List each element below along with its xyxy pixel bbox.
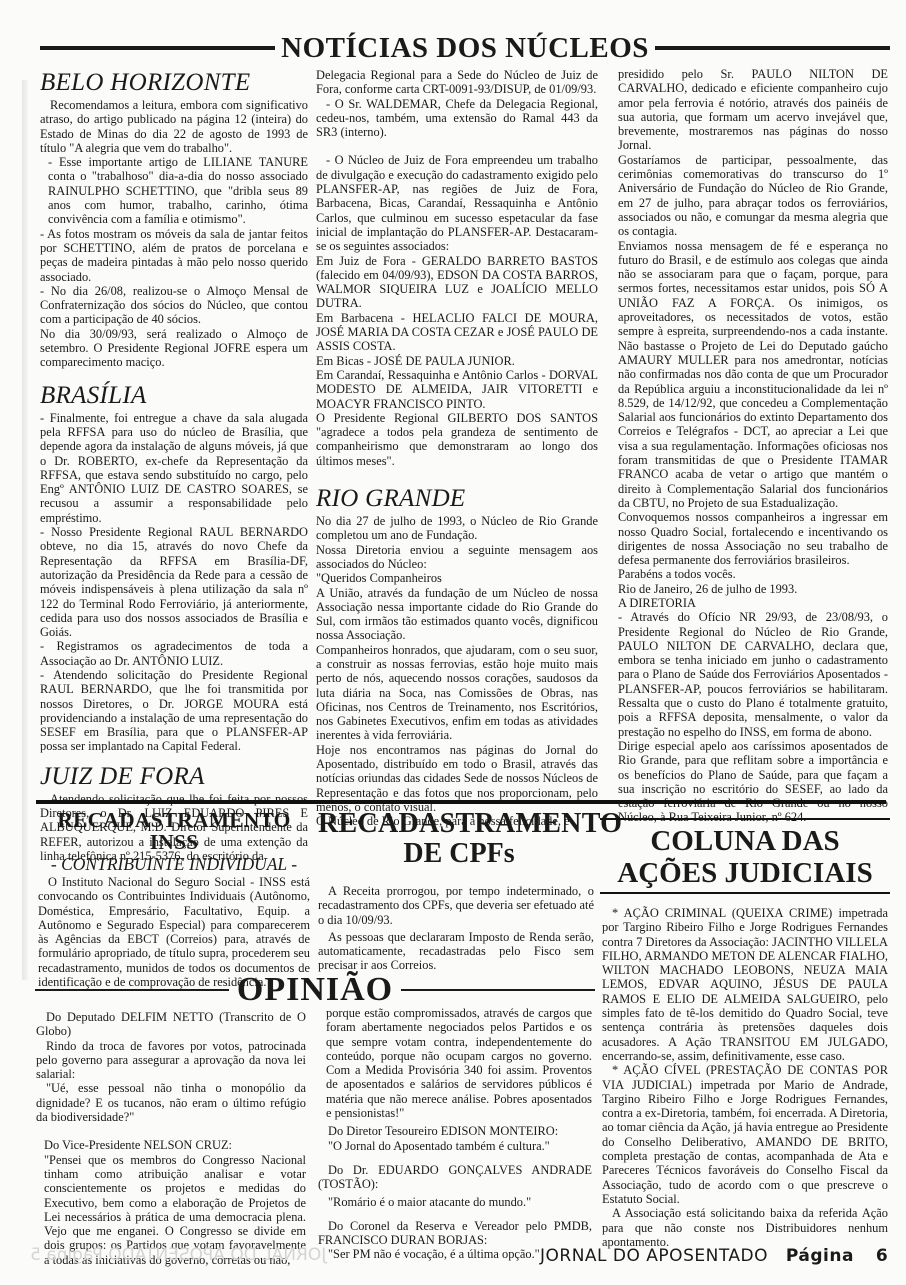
paragraph: A União, através da fundação de um Núcle… [316, 586, 598, 643]
heading-coluna-das: COLUNA DAS [600, 826, 890, 857]
masthead-title: NOTÍCIAS DOS NÚCLEOS [275, 32, 655, 65]
paragraph: Do Vice-Presidente NELSON CRUZ: [36, 1138, 306, 1152]
paragraph: "Queridos Companheiros [316, 571, 598, 585]
quote: "Romário é o maior atacante do mundo." [318, 1195, 592, 1209]
quote: porque estão compromissados, através de … [318, 1006, 592, 1120]
heading-recadastramento-inss: RECADASTRAMENTO INSS [38, 810, 310, 853]
paragraph: - Esse importante artigo de LILIANE TANU… [40, 155, 308, 226]
paragraph: A Receita prorrogou, por tempo indetermi… [318, 884, 594, 927]
paragraph: Parabéns a todos vocês. [618, 567, 888, 581]
paragraph: - No dia 26/08, realizou-se o Almoço Men… [40, 284, 308, 327]
heading-juiz-de-fora: JUIZ DE FORA [40, 764, 308, 790]
paragraph: Nossa Diretoria enviou a seguinte mensag… [316, 543, 598, 572]
paragraph: Gostaríamos de participar, pessoalmente,… [618, 153, 888, 239]
paragraph: - As fotos mostram os móveis da sala de … [40, 227, 308, 284]
section-divider [36, 800, 886, 804]
paragraph: O Presidente Regional GILBERTO DOS SANTO… [316, 411, 598, 468]
acoes-rule-top [600, 818, 890, 820]
paragraph: Dirige especial apelo aos caríssimos apo… [618, 739, 888, 825]
paragraph: No dia 30/09/93, será realizado o Almoço… [40, 327, 308, 370]
paragraph: - O Sr. WALDEMAR, Chefe da Delegacia Reg… [316, 97, 598, 140]
paragraph: Convoquemos nossos companheiros a ingres… [618, 510, 888, 567]
paragraph: Do Coronel da Reserva e Vereador pelo PM… [318, 1219, 592, 1248]
section-recadastramento-cpf: RECADASTRAMENTO DE CPFs A Receita prorro… [318, 810, 600, 973]
page-footer: JORNAL DO APOSENTADO Página 6 [540, 1246, 888, 1266]
paragraph: - Registramos os agradecimentos de toda … [40, 639, 308, 668]
heading-brasilia: BRASÍLIA [40, 383, 308, 409]
paragraph: Recomendamos a leitura, embora com signi… [40, 98, 308, 155]
acoes-judiciais-body: * AÇÃO CRIMINAL (QUEIXA CRIME) impetrada… [602, 906, 888, 1249]
scan-edge-shadow [22, 80, 28, 980]
paragraph: - Através do Ofício NR 29/93, de 23/08/9… [618, 610, 888, 739]
opiniao-rule-left [35, 989, 229, 991]
quote: "Ué, esse pessoal não tinha o monopólio … [36, 1081, 306, 1124]
section-opiniao-header: OPINIÃO [35, 970, 595, 1010]
heading-acoes-judiciais: AÇÕES JUDICIAIS [600, 857, 890, 890]
bleed-through-text: JORNAL DO APOSENTADO Página 5 [30, 1245, 326, 1265]
column-2: Delegacia Regional para a Sede do Núcleo… [316, 68, 598, 829]
paragraph: A Associação está solicitando baixa da r… [602, 1206, 888, 1249]
paragraph: Delegacia Regional para a Sede do Núcleo… [316, 68, 598, 97]
column-3: presidido pelo Sr. PAULO NILTON DE CARVA… [618, 67, 888, 825]
paragraph: Do Diretor Tesoureiro EDISON MONTEIRO: [318, 1124, 592, 1138]
paragraph: Rio de Janeiro, 26 de julho de 1993. [618, 582, 888, 596]
paragraph: Enviamos nossa mensagem de fé e esperanç… [618, 239, 888, 511]
paragraph: * AÇÃO CÍVEL (PRESTAÇÃO DE CONTAS POR VI… [602, 1063, 888, 1206]
subheading-contribuinte-individual: - CONTRIBUINTE INDIVIDUAL - [38, 854, 310, 874]
quote: "O Jornal do Aposentado também é cultura… [318, 1139, 592, 1153]
masthead-rule-left [40, 46, 275, 50]
page-label: Página [786, 1246, 854, 1266]
paragraph: No dia 27 de julho de 1993, o Núcleo de … [316, 514, 598, 543]
paragraph: Rindo da troca de favores por votos, pat… [36, 1039, 306, 1082]
heading-recadastramento-cpf-line2: DE CPFs [318, 840, 600, 868]
opiniao-rule-right [401, 989, 595, 991]
section-acoes-judiciais: COLUNA DAS AÇÕES JUDICIAIS [600, 826, 890, 890]
paragraph: As pessoas que declararam Imposto de Ren… [318, 930, 594, 973]
section-masthead: NOTÍCIAS DOS NÚCLEOS [40, 32, 890, 64]
paragraph: - Atendendo solicitação do Presidente Re… [40, 668, 308, 754]
heading-belo-horizonte: BELO HORIZONTE [40, 70, 308, 96]
section-recadastramento-inss: RECADASTRAMENTO INSS - CONTRIBUINTE INDI… [38, 810, 310, 989]
opiniao-column-2: porque estão compromissados, através de … [318, 1006, 592, 1262]
paragraph: Em Carandaí, Ressaquinha e Antônio Carlo… [316, 368, 598, 411]
paragraph: Em Barbacena - HELACLIO FALCI DE MOURA, … [316, 311, 598, 354]
column-1: BELO HORIZONTE Recomendamos a leitura, e… [40, 70, 308, 863]
heading-recadastramento-cpf-line1: RECADASTRAMENTO [318, 810, 600, 838]
paragraph: - O Núcleo de Juiz de Fora empreendeu um… [316, 153, 598, 253]
paragraph: - Finalmente, foi entregue a chave da sa… [40, 411, 308, 525]
heading-rio-grande: RIO GRANDE [316, 486, 598, 512]
acoes-rule-bottom [600, 892, 890, 894]
signature: A DIRETORIA [618, 596, 888, 610]
paragraph: Em Bicas - JOSÉ DE PAULA JUNIOR. [316, 354, 598, 368]
paragraph: Do Deputado DELFIM NETTO (Transcrito de … [36, 1010, 306, 1039]
page-number: 6 [876, 1246, 888, 1266]
paragraph: Em Juiz de Fora - GERALDO BARRETO BASTOS… [316, 254, 598, 311]
paragraph: Companheiros honrados, que ajudaram, com… [316, 643, 598, 743]
paragraph: Do Dr. EDUARDO GONÇALVES ANDRADE (TOSTÃO… [318, 1163, 592, 1192]
opiniao-column-1: Do Deputado DELFIM NETTO (Transcrito de … [36, 1010, 306, 1267]
masthead-rule-right [655, 46, 890, 50]
paragraph: - Nosso Presidente Regional RAUL BERNARD… [40, 525, 308, 639]
publication-name: JORNAL DO APOSENTADO [540, 1246, 768, 1266]
paragraph: presidido pelo Sr. PAULO NILTON DE CARVA… [618, 67, 888, 153]
heading-opiniao: OPINIÃO [229, 971, 401, 1009]
paragraph: * AÇÃO CRIMINAL (QUEIXA CRIME) impetrada… [602, 906, 888, 1063]
